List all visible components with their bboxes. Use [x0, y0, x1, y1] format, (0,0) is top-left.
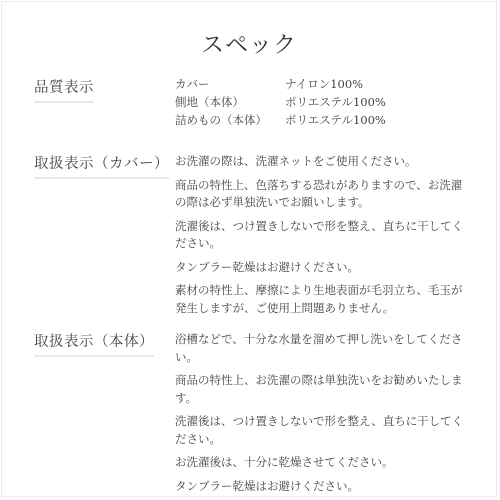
spec-name: 側地（本体） [175, 93, 285, 111]
care-cover-label: 取扱表示（カバー） [34, 152, 169, 179]
spec-name: 詰めもの（本体） [175, 111, 285, 129]
care-body-notes: 浴槽などで、十分な水量を溜めて押し洗いをしてください。 商品の特性上、お洗濯の際… [175, 331, 471, 500]
table-row: カバー ナイロン100% [175, 75, 386, 93]
list-item: タンブラー乾燥はお避けください。 [175, 478, 471, 496]
list-item: お洗濯後は、十分に乾燥させてください。 [175, 454, 471, 472]
page-title: スペック [2, 26, 496, 59]
list-item: 素材の特性上、摩擦により生地表面が毛羽立ち、毛玉が発生しますが、ご使用上問題あり… [175, 282, 471, 317]
quality-table: カバー ナイロン100% 側地（本体） ポリエステル100% 詰めもの（本体） … [175, 75, 386, 129]
spec-value: ナイロン100% [285, 75, 363, 93]
list-item: 洗濯後は、つけ置きしないで形を整え、直ちに干してください。 [175, 218, 471, 253]
list-item: 商品の特性上、色落ちする恐れがありますので、お洗濯の際は必ず単独洗いでお願いしま… [175, 177, 471, 212]
spec-value: ポリエステル100% [285, 93, 386, 111]
spec-name: カバー [175, 75, 285, 93]
list-item: 浴槽などで、十分な水量を溜めて押し洗いをしてください。 [175, 331, 471, 366]
table-row: 詰めもの（本体） ポリエステル100% [175, 111, 386, 129]
spec-value: ポリエステル100% [285, 111, 386, 129]
quality-label: 品質表示 [34, 76, 94, 103]
list-item: 商品の特性上、お洗濯の際は単独洗いをお勧めいたします。 [175, 372, 471, 407]
list-item: 洗濯後は、つけ置きしないで形を整え、直ちに干してください。 [175, 413, 471, 448]
list-item: お洗濯の際は、洗濯ネットをご使用ください。 [175, 153, 471, 171]
care-cover-notes: お洗濯の際は、洗濯ネットをご使用ください。 商品の特性上、色落ちする恐れがありま… [175, 153, 471, 323]
table-row: 側地（本体） ポリエステル100% [175, 93, 386, 111]
care-body-label: 取扱表示（本体） [34, 330, 154, 357]
list-item: タンブラー乾燥はお避けください。 [175, 259, 471, 277]
spec-panel: スペック 品質表示 カバー ナイロン100% 側地（本体） ポリエステル100%… [1, 1, 497, 497]
